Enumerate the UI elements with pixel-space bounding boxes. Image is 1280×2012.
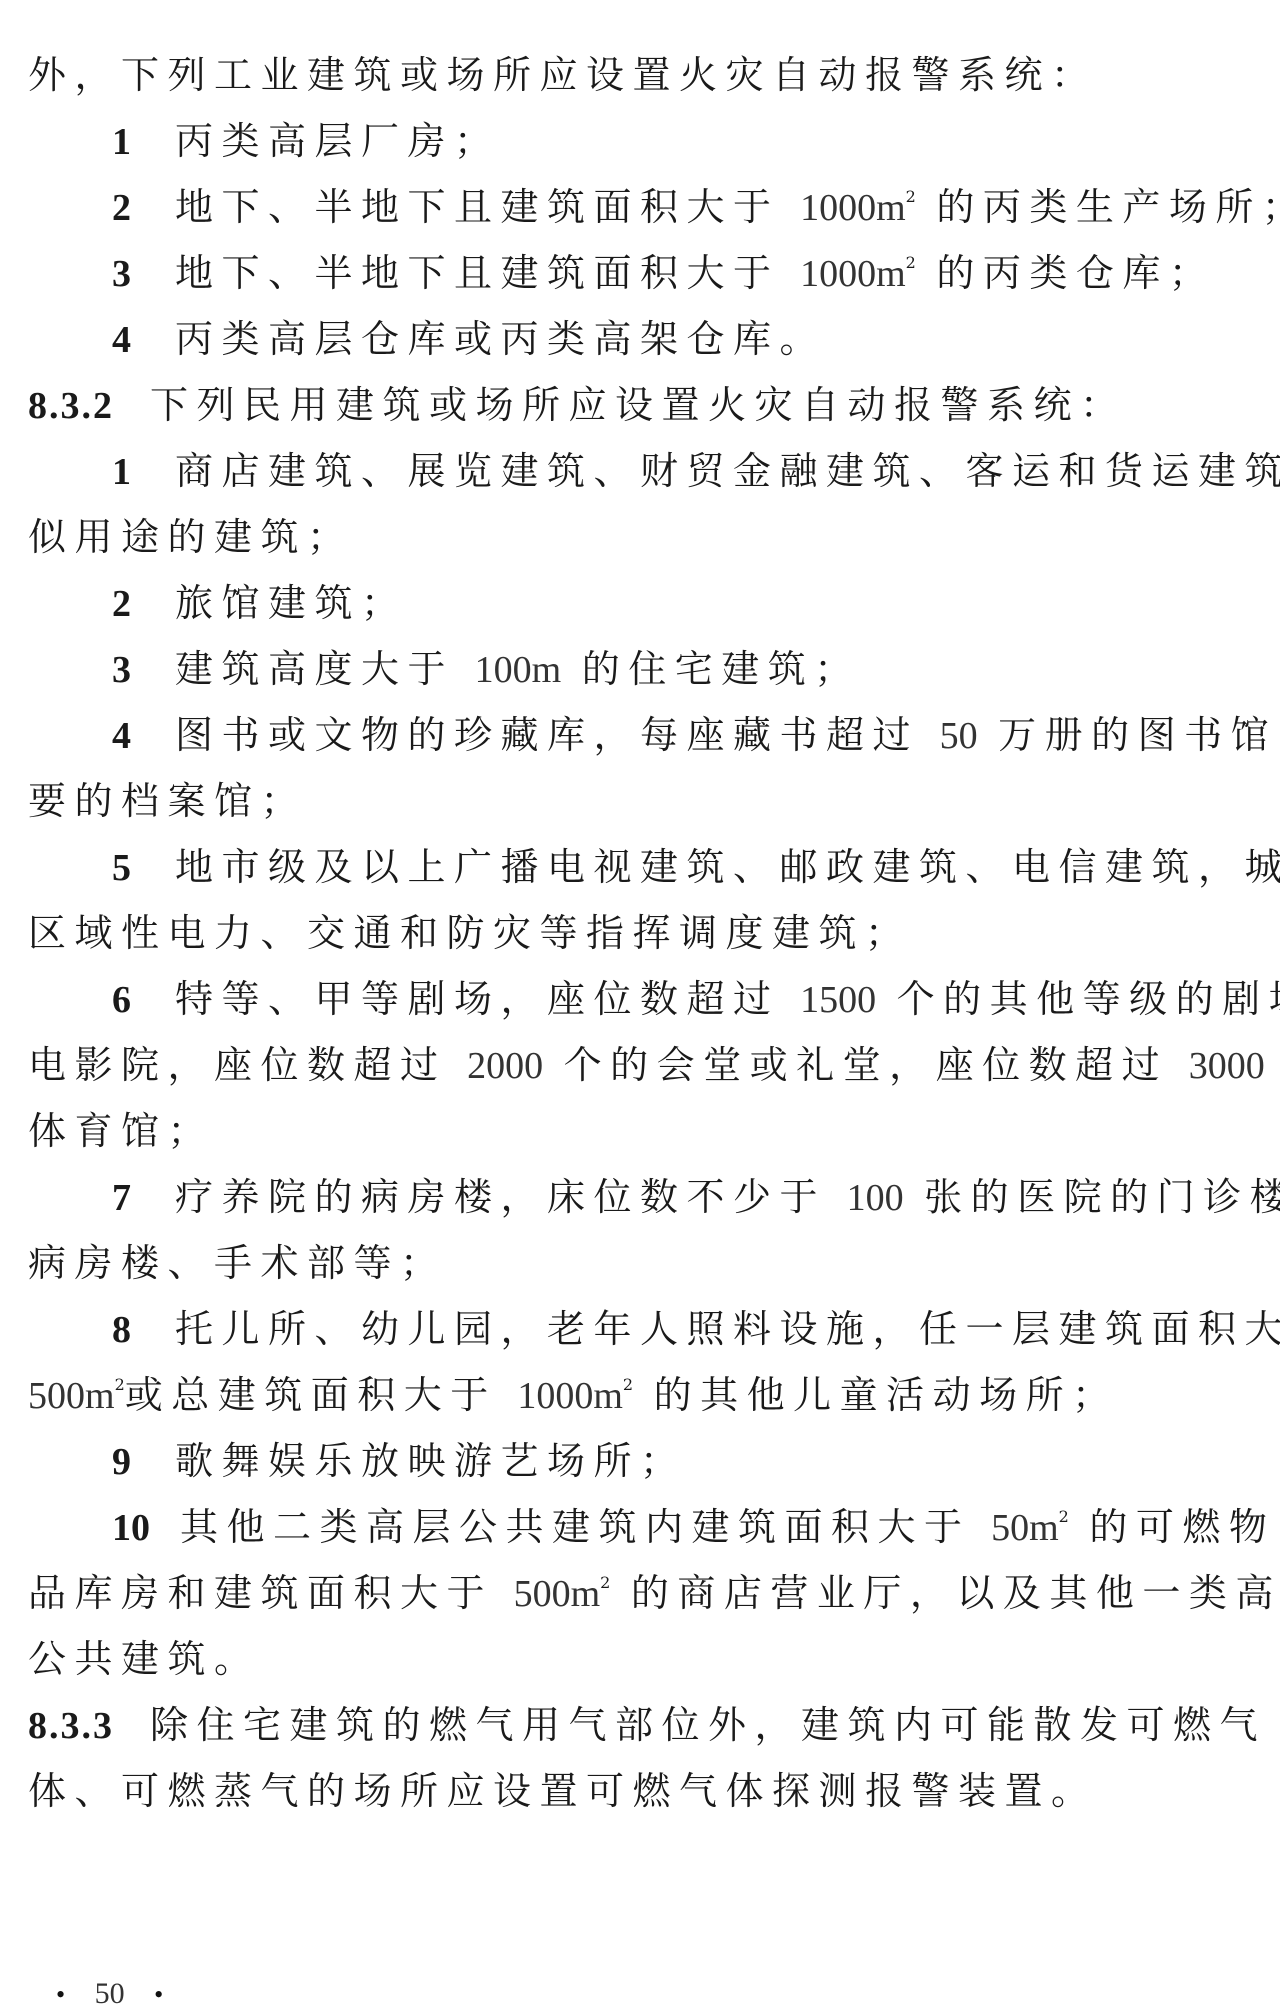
text-segment: 1500 xyxy=(800,979,876,1021)
text-line: 外，下列工业建筑或场所应设置火灾自动报警系统： xyxy=(28,42,1248,108)
bullet-icon: • xyxy=(154,1980,163,2009)
text-line: 病房楼、手术部等； xyxy=(28,1230,1248,1296)
text-line: 似用途的建筑； xyxy=(28,504,1248,570)
list-item-line: 5地市级及以上广播电视建筑、邮政建筑、电信建筑，城市或 xyxy=(112,834,1248,900)
list-item-line: 4丙类高层仓库或丙类高架仓库。 xyxy=(112,306,1248,372)
item-number: 8 xyxy=(112,1297,131,1363)
list-item-line: 8托儿所、幼儿园，老年人照料设施，任一层建筑面积大于 xyxy=(112,1296,1248,1362)
item-number: 4 xyxy=(112,703,131,769)
text-segment: 个的其他等级的剧场或 xyxy=(876,977,1280,1021)
text-segment: 区域性电力、交通和防灾等指挥调度建筑； xyxy=(28,911,912,955)
text-segment: 地下、半地下且建筑面积大于 xyxy=(175,251,800,295)
text-segment: 个的会堂或礼堂，座位数超过 xyxy=(543,1043,1189,1087)
text-segment: 外，下列工业建筑或场所应设置火灾自动报警系统： xyxy=(28,53,1098,97)
list-item-line: 7疗养院的病房楼，床位数不少于 100 张的医院的门诊楼、 xyxy=(112,1164,1248,1230)
item-number: 1 xyxy=(112,439,131,505)
item-number: 3 xyxy=(112,637,131,703)
item-number: 9 xyxy=(112,1429,131,1495)
text-line: 500m2或总建筑面积大于 1000m2 的其他儿童活动场所； xyxy=(28,1362,1248,1428)
text-segment: 丙类高层厂房； xyxy=(175,119,501,163)
clause-line: 8.3.3除住宅建筑的燃气用气部位外，建筑内可能散发可燃气 xyxy=(28,1692,1248,1758)
page-footer: • 50 • xyxy=(56,1974,163,2012)
text-segment: 体育馆； xyxy=(28,1109,214,1153)
text-segment: 品库房和建筑面积大于 xyxy=(28,1571,514,1615)
list-item-line: 10其他二类高层公共建筑内建筑面积大于 50m2 的可燃物 xyxy=(112,1494,1248,1560)
text-segment: 商店建筑、展览建筑、财贸金融建筑、客运和货运建筑等类 xyxy=(175,449,1280,493)
text-segment: 似用途的建筑； xyxy=(28,515,354,559)
text-segment: 的丙类生产场所； xyxy=(916,185,1280,229)
text-segment: 地市级及以上广播电视建筑、邮政建筑、电信建筑，城市或 xyxy=(175,845,1280,889)
text-segment: 50m xyxy=(991,1507,1059,1549)
list-item-line: 4图书或文物的珍藏库，每座藏书超过 50 万册的图书馆，重 xyxy=(112,702,1248,768)
list-item-line: 1商店建筑、展览建筑、财贸金融建筑、客运和货运建筑等类 xyxy=(112,438,1248,504)
text-segment: 托儿所、幼儿园，老年人照料设施，任一层建筑面积大于 xyxy=(175,1307,1280,1351)
list-item-line: 2地下、半地下且建筑面积大于 1000m2 的丙类生产场所； xyxy=(112,174,1248,240)
text-line: 要的档案馆； xyxy=(28,768,1248,834)
text-segment: 50 xyxy=(940,715,978,757)
text-segment: 500m xyxy=(514,1573,601,1615)
text-segment: 地下、半地下且建筑面积大于 xyxy=(175,185,800,229)
text-segment: 500m xyxy=(28,1375,115,1417)
text-segment: 公共建筑。 xyxy=(28,1637,261,1681)
list-item-line: 9歌舞娱乐放映游艺场所； xyxy=(112,1428,1248,1494)
superscript: 2 xyxy=(1059,1507,1069,1526)
text-segment: 3000 xyxy=(1189,1045,1265,1087)
clause-line: 8.3.2下列民用建筑或场所应设置火灾自动报警系统： xyxy=(28,372,1248,438)
item-number: 1 xyxy=(112,109,131,175)
bullet-icon: • xyxy=(56,1980,65,2009)
text-segment: 的可燃物 xyxy=(1069,1505,1276,1549)
item-number: 7 xyxy=(112,1165,131,1231)
text-segment: 2000 xyxy=(467,1045,543,1087)
text-line: 体、可燃蒸气的场所应设置可燃气体探测报警装置。 xyxy=(28,1758,1248,1824)
text-segment: 100 xyxy=(847,1177,904,1219)
text-line: 电影院，座位数超过 2000 个的会堂或礼堂，座位数超过 3000 个的 xyxy=(28,1032,1248,1098)
text-segment: 个的 xyxy=(1265,1043,1280,1087)
document-page: 外，下列工业建筑或场所应设置火灾自动报警系统：1丙类高层厂房；2地下、半地下且建… xyxy=(0,0,1280,2012)
item-number: 2 xyxy=(112,571,131,637)
text-segment: 除住宅建筑的燃气用气部位外，建筑内可能散发可燃气 xyxy=(150,1703,1266,1747)
text-line: 品库房和建筑面积大于 500m2 的商店营业厅，以及其他一类高层 xyxy=(28,1560,1248,1626)
text-segment: 张的医院的门诊楼、 xyxy=(904,1175,1280,1219)
list-item-line: 1丙类高层厂房； xyxy=(112,108,1248,174)
text-segment: 或总建筑面积大于 xyxy=(125,1373,518,1417)
superscript: 2 xyxy=(600,1573,610,1592)
list-item-line: 3地下、半地下且建筑面积大于 1000m2 的丙类仓库； xyxy=(112,240,1248,306)
text-segment: 要的档案馆； xyxy=(28,779,307,823)
list-item-line: 6特等、甲等剧场，座位数超过 1500 个的其他等级的剧场或 xyxy=(112,966,1248,1032)
text-line: 体育馆； xyxy=(28,1098,1248,1164)
text-segment: 疗养院的病房楼，床位数不少于 xyxy=(175,1175,847,1219)
text-segment: 图书或文物的珍藏库，每座藏书超过 xyxy=(175,713,940,757)
superscript: 2 xyxy=(623,1375,633,1394)
text-segment: 其他二类高层公共建筑内建筑面积大于 xyxy=(180,1505,991,1549)
item-number: 3 xyxy=(112,241,131,307)
text-segment: 建筑高度大于 xyxy=(175,647,475,691)
text-segment: 电影院，座位数超过 xyxy=(28,1043,467,1087)
superscript: 2 xyxy=(906,187,916,206)
text-segment: 1000m xyxy=(800,187,906,229)
item-number: 2 xyxy=(112,175,131,241)
text-segment: 旅馆建筑； xyxy=(175,581,408,625)
item-number: 4 xyxy=(112,307,131,373)
text-segment: 下列民用建筑或场所应设置火灾自动报警系统： xyxy=(150,383,1127,427)
item-number: 5 xyxy=(112,835,131,901)
list-item-line: 2旅馆建筑； xyxy=(112,570,1248,636)
text-segment: 的其他儿童活动场所； xyxy=(633,1373,1119,1417)
text-segment: 丙类高层仓库或丙类高架仓库。 xyxy=(175,317,826,361)
text-segment: 万册的图书馆，重 xyxy=(978,713,1280,757)
text-segment: 的丙类仓库； xyxy=(916,251,1216,295)
item-number: 6 xyxy=(112,967,131,1033)
superscript: 2 xyxy=(115,1375,125,1394)
text-segment: 1000m xyxy=(517,1375,623,1417)
text-segment: 100m xyxy=(475,649,562,691)
page-number: 50 xyxy=(95,1977,125,2010)
text-segment: 歌舞娱乐放映游艺场所； xyxy=(175,1439,687,1483)
text-line: 公共建筑。 xyxy=(28,1626,1248,1692)
text-segment: 病房楼、手术部等； xyxy=(28,1241,447,1285)
text-segment: 的住宅建筑； xyxy=(561,647,861,691)
clause-number: 8.3.3 xyxy=(28,1693,114,1759)
clause-number: 8.3.2 xyxy=(28,373,114,439)
text-segment: 1000m xyxy=(800,253,906,295)
list-item-line: 3建筑高度大于 100m 的住宅建筑； xyxy=(112,636,1248,702)
text-segment: 体、可燃蒸气的场所应设置可燃气体探测报警装置。 xyxy=(28,1769,1098,1813)
text-segment: 的商店营业厅，以及其他一类高层 xyxy=(610,1571,1280,1615)
text-segment: 特等、甲等剧场，座位数超过 xyxy=(175,977,800,1021)
item-number: 10 xyxy=(112,1495,150,1561)
text-line: 区域性电力、交通和防灾等指挥调度建筑； xyxy=(28,900,1248,966)
superscript: 2 xyxy=(906,253,916,272)
